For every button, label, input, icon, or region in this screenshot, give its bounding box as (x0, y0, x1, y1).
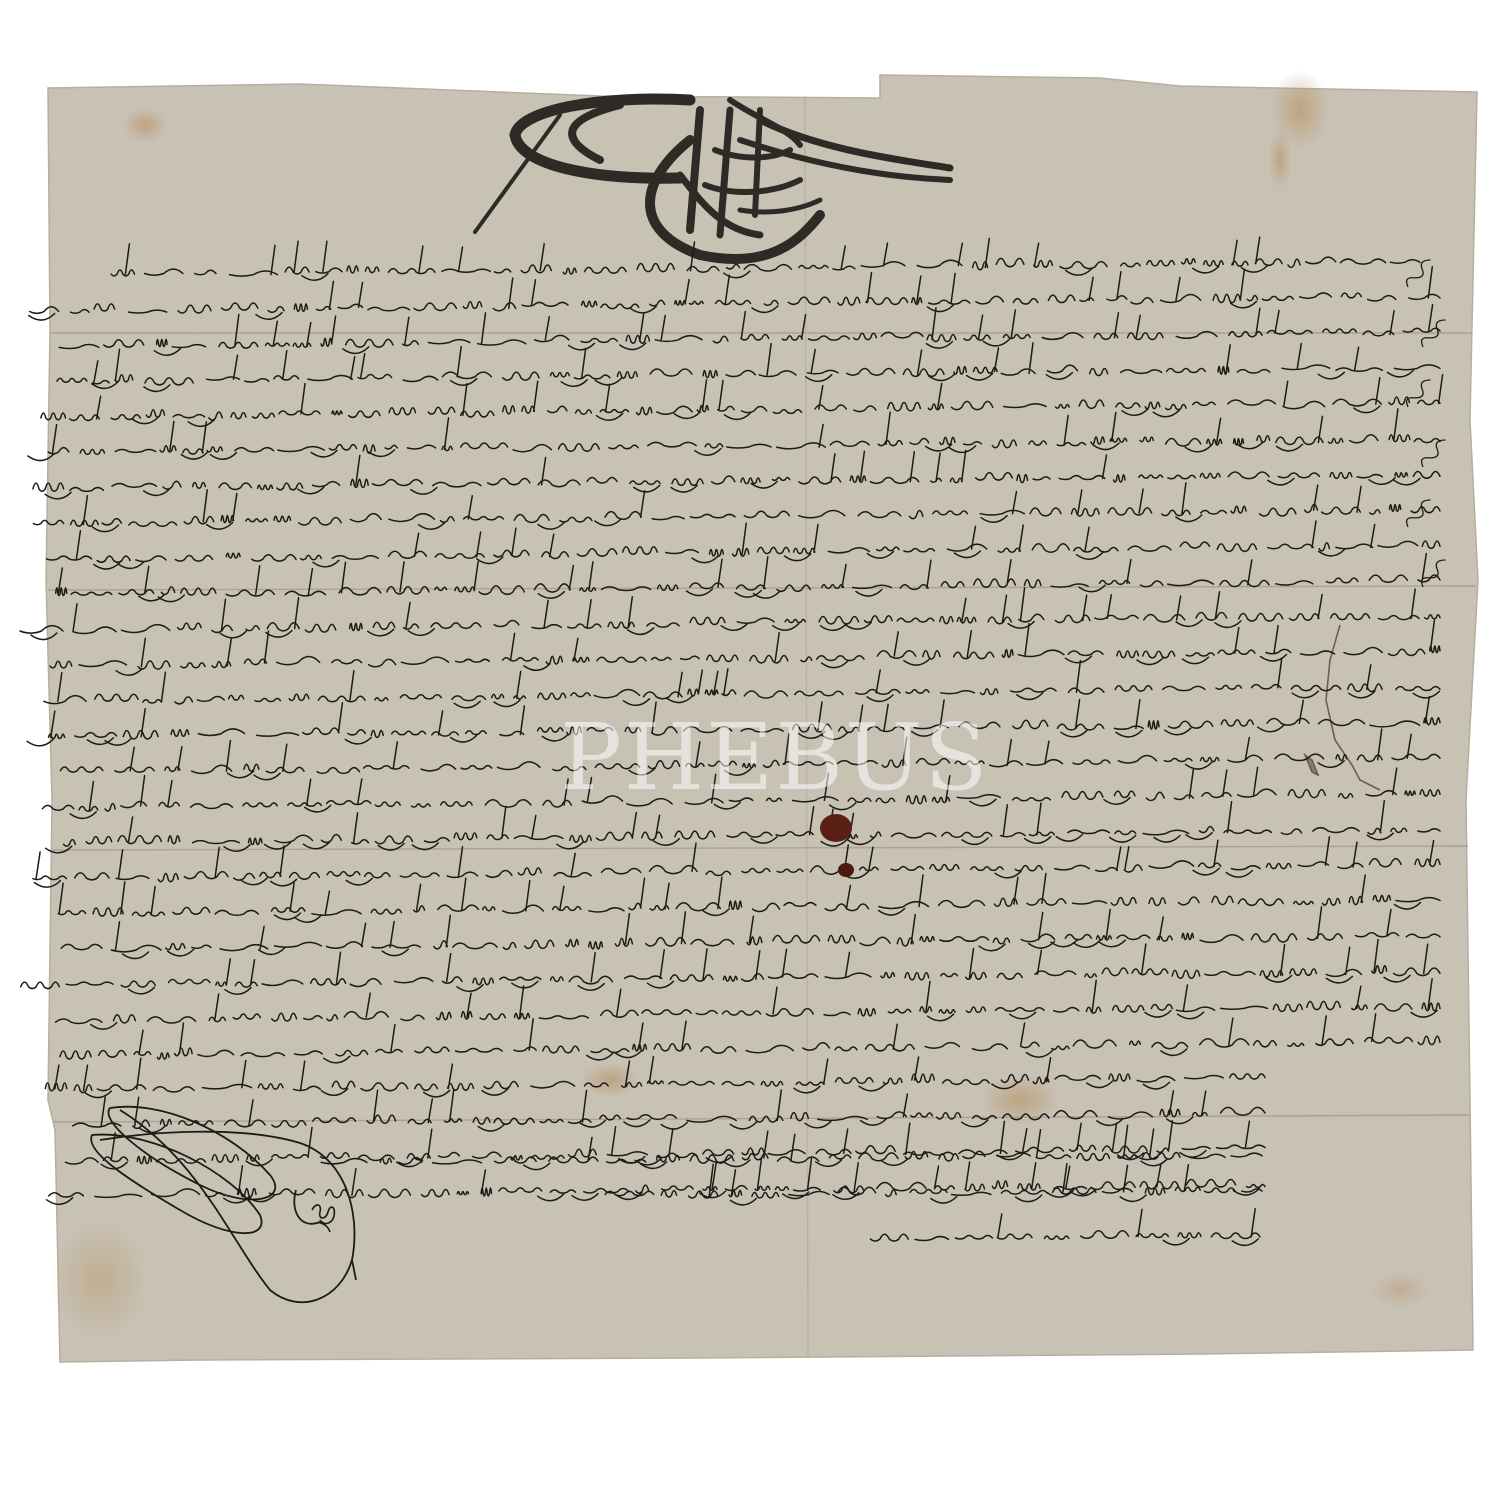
paper-sheet (46, 70, 1478, 1362)
document-photo (0, 0, 1500, 1500)
